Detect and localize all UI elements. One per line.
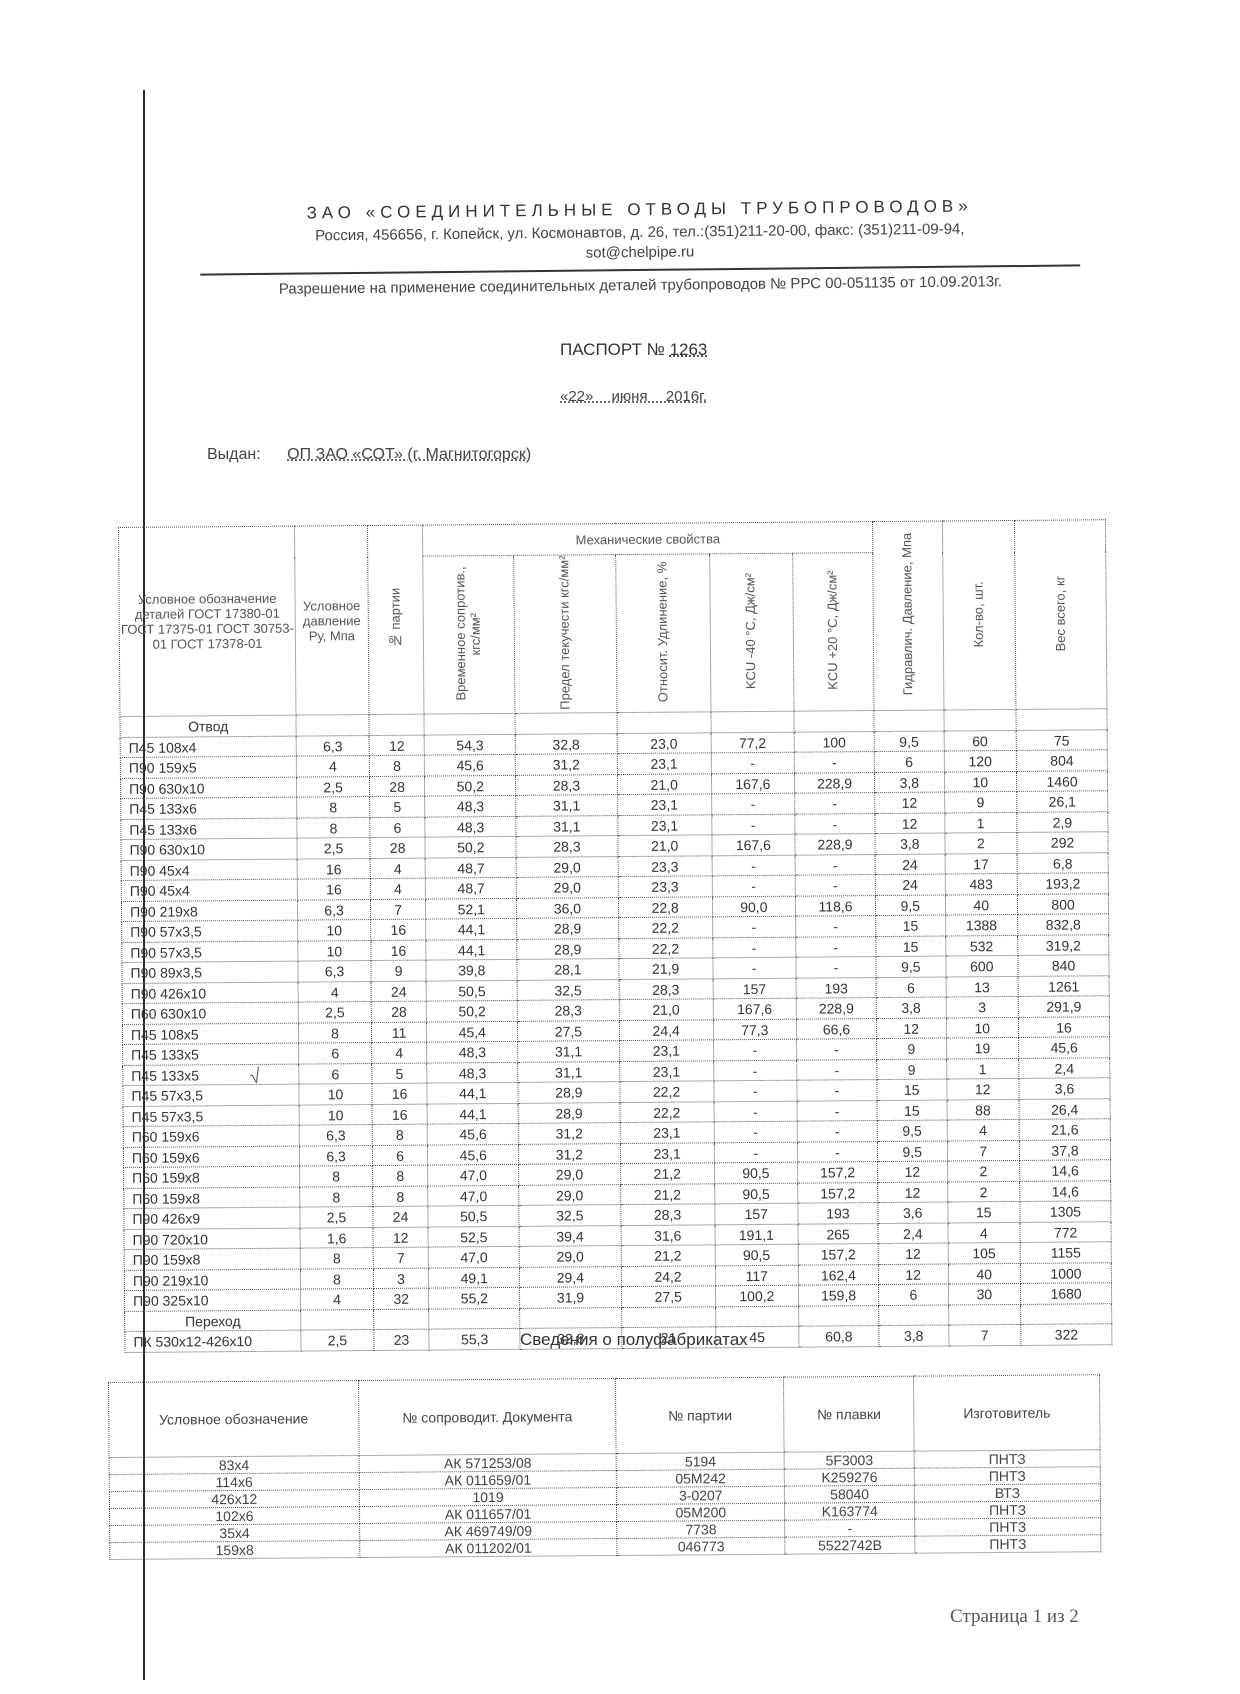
table-cell: 193 [798,1203,878,1224]
table-cell: 191,1 [715,1224,798,1245]
table-cell: 21,2 [620,1163,714,1184]
table-cell: 840 [1018,955,1109,976]
table-cell: П45 57x3,5 [123,1105,299,1127]
table-cell: 50,5 [426,980,517,1001]
passport-date: «22» июня 2016г. [560,388,707,405]
issued-to: ОП ЗАО «СОТ» (г. Магнитогорск) [287,446,531,463]
table-cell: П60 159x8 [124,1187,300,1209]
semi-products-table: Условное обозначение№ сопроводит. Докуме… [108,1374,1101,1560]
table-cell: 14,6 [1020,1160,1111,1181]
table-cell: - [714,1142,797,1163]
table-cell: 1305 [1020,1201,1111,1222]
table-cell: - [797,1059,877,1080]
table-cell: 8 [297,817,370,838]
table-cell: 1388 [945,915,1018,936]
table-cell: 12 [878,1182,948,1203]
table-cell: 31,1 [518,1041,620,1062]
table-cell: 3,6 [1019,1078,1110,1099]
table-cell: 52,1 [426,898,517,919]
table-cell: 24 [875,874,945,895]
table-cell: 8 [297,797,370,818]
table-cell: 49,1 [429,1267,520,1288]
table-cell: 31,2 [518,1123,620,1144]
table-cell: 7 [947,1140,1020,1161]
table-cell: 44,1 [426,919,517,940]
table-cell: 10 [299,1084,372,1105]
table-cell: 5 [370,796,426,817]
table-cell: П45 133x5 [123,1064,299,1086]
table-cell: 29,4 [520,1266,622,1287]
table-cell: 28 [371,1001,427,1022]
table-cell: 1019 [359,1488,617,1507]
section-title: Отвод [120,715,296,737]
table-cell: 3 [946,997,1019,1018]
table-cell: 228,9 [794,772,874,793]
table-cell: 23,3 [618,856,712,877]
table-cell: 40 [948,1263,1021,1284]
table-cell: 23,1 [620,1143,714,1164]
table-cell: 167,6 [711,773,794,794]
table-cell: 22,2 [620,1102,714,1123]
table-cell: 5194 [617,1452,785,1470]
table-cell: 157,2 [798,1244,878,1265]
table-cell: П90 219x10 [124,1269,300,1291]
parts-table-body: ОтводП45 108x46,31254,332,823,077,21009,… [120,709,1112,1352]
table-cell: 157,2 [798,1182,878,1203]
table-cell: 6,3 [298,899,371,920]
table-cell: 23,1 [619,1061,713,1082]
table-cell: 90,5 [714,1183,797,1204]
table-cell: 28,9 [517,938,619,959]
table-cell: 3,8 [875,833,945,854]
table-cell: 50,2 [427,1001,518,1022]
table-cell: 2,5 [300,1207,373,1228]
table-cell: 5 [372,1063,428,1084]
table-cell: 28,9 [517,918,619,939]
table-cell: 28 [370,837,426,858]
col-elongation: Относит. Удлинение, % [615,554,710,713]
table-cell: 55,3 [429,1329,520,1350]
table-cell: 58040 [785,1485,915,1503]
table-cell: 4 [370,878,426,899]
table-cell: - [712,937,795,958]
table-cell: 193 [796,977,876,998]
table-cell: 36,0 [517,897,619,918]
column-header: № сопроводит. Документа [358,1379,616,1456]
table-cell: - [795,813,875,834]
table-cell: - [796,936,876,957]
table-cell: ПНТЗ [915,1535,1101,1553]
table-cell: П45 108x4 [120,736,296,758]
semi-products-header-row: Условное обозначение№ сопроводит. Докуме… [109,1375,1101,1458]
table-cell: 32,5 [519,1205,621,1226]
col-kcu-minus40: KCU -40 °C, Дж/см² [709,553,794,712]
table-cell: 44,1 [427,1083,518,1104]
table-cell: - [714,1080,797,1101]
table-cell: 8 [372,1165,428,1186]
table-cell: 27,5 [621,1286,715,1307]
table-cell: 600 [945,956,1018,977]
col-batch: № партии [367,525,424,715]
table-cell: 4 [370,858,426,879]
table-cell: 9 [877,1038,947,1059]
col-weight: Вес всего, кг [1015,520,1107,710]
table-cell: 12 [878,1243,948,1264]
table-cell: П45 108x5 [122,1023,298,1045]
table-cell: 16 [372,1083,428,1104]
table-cell: 1460 [1017,771,1108,792]
passport-label: ПАСПОРТ № [560,340,665,359]
table-cell: - [714,1101,797,1122]
table-cell: 532 [945,935,1018,956]
table-cell: 24 [371,981,427,1002]
table-cell: - [714,1121,797,1142]
table-cell: 159,8 [798,1285,878,1306]
table-cell: 47,0 [428,1165,519,1186]
table-cell: 772 [1020,1221,1111,1242]
table-cell: 15 [876,915,946,936]
table-cell: 23,1 [617,753,711,774]
table-cell: 27,5 [518,1020,620,1041]
col-hydro: Гидравлич. Давление, Мпа [873,521,944,711]
table-cell: 15 [877,1079,947,1100]
table-cell: 12 [369,735,425,756]
table-cell: 23 [374,1329,430,1350]
table-cell: 8 [300,1248,373,1269]
table-cell: П45 133x5 [123,1043,299,1065]
table-cell: 16 [371,940,427,961]
table-cell: 291,9 [1018,996,1109,1017]
table-cell: 12 [373,1227,429,1248]
table-cell: - [712,855,795,876]
table-cell: АК 571253/08 [359,1454,617,1473]
table-cell: 29,0 [519,1184,621,1205]
table-cell: 26,4 [1019,1098,1110,1119]
table-cell: 046773 [617,1537,785,1555]
table-cell: 21,2 [620,1184,714,1205]
table-cell: 28,9 [518,1102,620,1123]
table-cell: 6 [879,1284,949,1305]
table-cell: П90 57x3,5 [122,941,298,963]
table-cell: 31,1 [518,1061,620,1082]
table-cell: 265 [798,1223,878,1244]
table-cell: 8 [299,1022,372,1043]
table-cell: K163774 [785,1502,915,1520]
table-cell: 28,3 [619,979,713,1000]
table-cell: - [785,1519,915,1537]
table-cell: - [713,1039,796,1060]
table-cell: 31,1 [516,795,618,816]
table-cell: 9 [877,1059,947,1080]
table-cell: - [796,916,876,937]
table-cell: 100,2 [715,1285,798,1306]
table-cell: 7738 [617,1520,785,1538]
table-cell: 4 [371,1042,427,1063]
table-cell: 6,3 [300,1145,373,1166]
table-cell: 23,1 [619,1040,713,1061]
table-cell: 4 [298,981,371,1002]
table-cell: 1000 [1020,1262,1111,1283]
column-header: Изготовитель [914,1375,1100,1451]
passport-number: 1263 [670,340,708,359]
table-cell: 23,1 [617,815,711,836]
table-cell: 17 [945,853,1018,874]
table-cell: 12 [878,1161,948,1182]
table-cell: 24,4 [619,1020,713,1041]
table-cell: 4 [301,1289,374,1310]
table-cell: 114x6 [109,1473,359,1492]
table-cell: 9,5 [877,1120,947,1141]
semi-products-table-body: 83x4АК 571253/0851945F3003ПНТЗ114x6АК 01… [109,1450,1101,1560]
table-cell: 05M242 [617,1469,785,1487]
table-cell: 32 [373,1288,429,1309]
table-cell: П90 426x9 [124,1207,300,1229]
table-cell: 6 [372,1145,428,1166]
table-cell: ПНТЗ [915,1518,1101,1536]
table-cell: 50,5 [428,1206,519,1227]
table-cell: - [795,854,875,875]
table-cell: 35x4 [110,1524,360,1543]
table-cell: 31,1 [516,815,618,836]
table-cell: 9,5 [874,731,944,752]
table-cell: 157,2 [797,1162,877,1183]
table-cell: 21,9 [619,958,713,979]
table-cell: 22,8 [618,897,712,918]
table-cell: 13 [946,976,1019,997]
table-cell: П90 426x10 [122,982,298,1004]
table-cell: 2,5 [297,838,370,859]
table-cell: 120 [944,751,1017,772]
table-cell: 6 [299,1043,372,1064]
table-cell: 28,3 [517,1000,619,1021]
table-cell: 8 [300,1166,373,1187]
table-cell: 22,2 [620,1081,714,1102]
table-cell: 90,5 [715,1244,798,1265]
table-cell: 21,2 [621,1245,715,1266]
table-cell: - [711,814,794,835]
table-cell: 28,3 [516,774,618,795]
table-cell: 228,9 [796,998,876,1019]
table-cell: 167,6 [713,998,796,1019]
table-cell: ВТЗ [914,1484,1100,1502]
table-cell: 45,6 [425,755,516,776]
table-cell: П90 57x3,5 [122,920,298,942]
permit-statement: Разрешение на применение соединительных … [200,272,1080,300]
table-cell: - [794,752,874,773]
table-cell: 48,3 [425,816,516,837]
table-cell: 157 [713,978,796,999]
table-cell: 6,3 [299,1125,372,1146]
table-cell: 21,6 [1019,1119,1110,1140]
table-cell: 48,7 [426,857,517,878]
table-cell: 52,5 [428,1226,519,1247]
col-kcu-plus20: KCU +20 °C, Дж/см² [793,553,874,712]
table-cell: 21,0 [617,774,711,795]
table-cell: 2 [947,1181,1020,1202]
table-cell: 21,0 [619,999,713,1020]
table-cell: 44,1 [427,1103,518,1124]
table-cell: 167,6 [712,834,795,855]
table-cell: П90 325x10 [124,1289,300,1311]
table-cell: 11 [371,1022,427,1043]
table-cell: - [797,1121,877,1142]
table-cell: 50,2 [425,837,516,858]
table-cell: 2,5 [298,1002,371,1023]
table-cell: 15 [876,936,946,957]
table-cell: - [712,875,795,896]
table-cell: - [796,957,876,978]
table-cell: 28 [369,776,425,797]
table-cell: 31,6 [621,1225,715,1246]
table-cell: 8 [369,755,425,776]
col-group-mechanical: Механические свойства [423,522,873,557]
table-cell: 8 [373,1186,429,1207]
table-cell: 90,5 [714,1162,797,1183]
table-cell: 3-0207 [617,1486,785,1504]
table-cell: 30 [948,1284,1021,1305]
table-cell: 45,6 [1019,1037,1110,1058]
table-cell: 1 [946,1058,1019,1079]
table-cell: 47,0 [429,1247,520,1268]
table-cell: 4 [947,1222,1020,1243]
section-title: Переход [125,1310,301,1332]
table-cell: 6 [370,817,426,838]
table-cell: 16 [1019,1016,1110,1037]
table-cell: АК 011657/01 [359,1505,617,1524]
table-cell: 48,3 [425,796,516,817]
table-cell: 10 [944,771,1017,792]
table-cell: 2 [947,1161,1020,1182]
table-cell: 24,2 [621,1266,715,1287]
table-cell: 12 [946,1079,1019,1100]
table-cell: 83x4 [109,1456,359,1475]
table-cell: 7 [373,1247,429,1268]
table-cell: 193,2 [1017,873,1108,894]
table-cell: 800 [1018,893,1109,914]
table-cell: 50,2 [425,775,516,796]
table-cell: 23,1 [620,1122,714,1143]
table-cell: П45 57x3,5 [123,1084,299,1106]
table-cell: 6 [299,1063,372,1084]
col-yield: Предел текучести кгс/мм² [514,555,617,714]
table-cell: 19 [946,1038,1019,1059]
table-cell: 47,0 [428,1185,519,1206]
table-cell: 16 [298,879,371,900]
table-cell: 31,2 [515,754,617,775]
table-cell: 157 [714,1203,797,1224]
table-cell: 40 [945,894,1018,915]
table-cell: П90 45x4 [121,859,297,881]
table-cell: 102x6 [109,1507,359,1526]
table-cell: П90 159x5 [120,756,296,778]
table-cell: 100 [794,731,874,752]
column-header: Условное обозначение [109,1381,359,1458]
table-cell: 77,3 [713,1019,796,1040]
table-cell: 1261 [1018,975,1109,996]
col-designation: Условное обозначение деталей ГОСТ 17380-… [119,526,297,717]
table-cell: - [797,1100,877,1121]
table-cell: 6 [874,751,944,772]
table-cell: 15 [947,1202,1020,1223]
passport-title: ПАСПОРТ № 1263 [560,340,707,360]
table-cell: 88 [947,1099,1020,1120]
table-cell: 10 [298,940,371,961]
table-cell: 45,6 [428,1144,519,1165]
table-cell: 29,0 [519,1164,621,1185]
table-cell: 28,1 [517,959,619,980]
table-cell: 2 [944,833,1017,854]
table-cell: 319,2 [1018,934,1109,955]
table-cell: 9 [944,792,1017,813]
table-cell: 44,1 [426,939,517,960]
table-cell: 37,8 [1019,1139,1110,1160]
table-cell: 48,3 [427,1062,518,1083]
table-cell: П90 630x10 [121,838,297,860]
table-cell: 832,8 [1018,914,1109,935]
table-cell: 45,4 [427,1021,518,1042]
table-cell: П90 720x10 [124,1228,300,1250]
table-cell: 3,8 [875,772,945,793]
table-cell: - [795,875,875,896]
issued-label: Выдан: [207,446,261,463]
table-cell: - [712,916,795,937]
table-cell: 162,4 [798,1264,878,1285]
table-cell: 8 [300,1186,373,1207]
table-cell: - [797,1141,877,1162]
table-cell: 28,9 [518,1082,620,1103]
table-cell: 10 [299,1104,372,1125]
table-cell: П60 630x10 [122,1002,298,1024]
table-cell: 12 [878,1264,948,1285]
table-cell: - [797,1039,877,1060]
table-cell: 54,3 [425,734,516,755]
table-cell: 39,8 [426,960,517,981]
table-cell: 6,8 [1017,852,1108,873]
table-cell: 8 [301,1268,374,1289]
table-cell: ПНТЗ [915,1501,1101,1519]
table-cell: 32,8 [515,733,617,754]
table-cell: П45 133x6 [121,818,297,840]
table-cell: 29,0 [516,877,618,898]
table-cell: - [795,793,875,814]
table-cell: 16 [297,858,370,879]
table-cell: АК 011202/01 [359,1539,617,1558]
table-cell: 16 [372,1104,428,1125]
table-cell: 292 [1017,832,1108,853]
table-cell: ПНТЗ [914,1450,1100,1468]
table-cell: 75 [1016,730,1107,751]
table-cell: 55,2 [429,1288,520,1309]
table-cell: 2,5 [297,776,370,797]
table-cell: 8 [372,1124,428,1145]
col-pressure: Условное давление Ру, Мпа [295,526,369,716]
table-cell: 5522742B [785,1536,915,1554]
table-cell: 6 [876,977,946,998]
table-cell: 24 [373,1206,429,1227]
table-cell: 322 [1021,1324,1112,1345]
table-cell: 31,9 [520,1287,622,1308]
table-cell: 3,8 [876,997,946,1018]
table-cell: 4 [297,756,370,777]
table-cell: 22,2 [618,917,712,938]
table-cell: 22,2 [618,938,712,959]
table-cell: 15 [877,1100,947,1121]
table-cell: 6,3 [296,735,369,756]
table-cell: 48,3 [427,1042,518,1063]
table-cell: 3 [373,1268,429,1289]
table-cell: 1680 [1021,1283,1112,1304]
table-cell: 12 [875,813,945,834]
